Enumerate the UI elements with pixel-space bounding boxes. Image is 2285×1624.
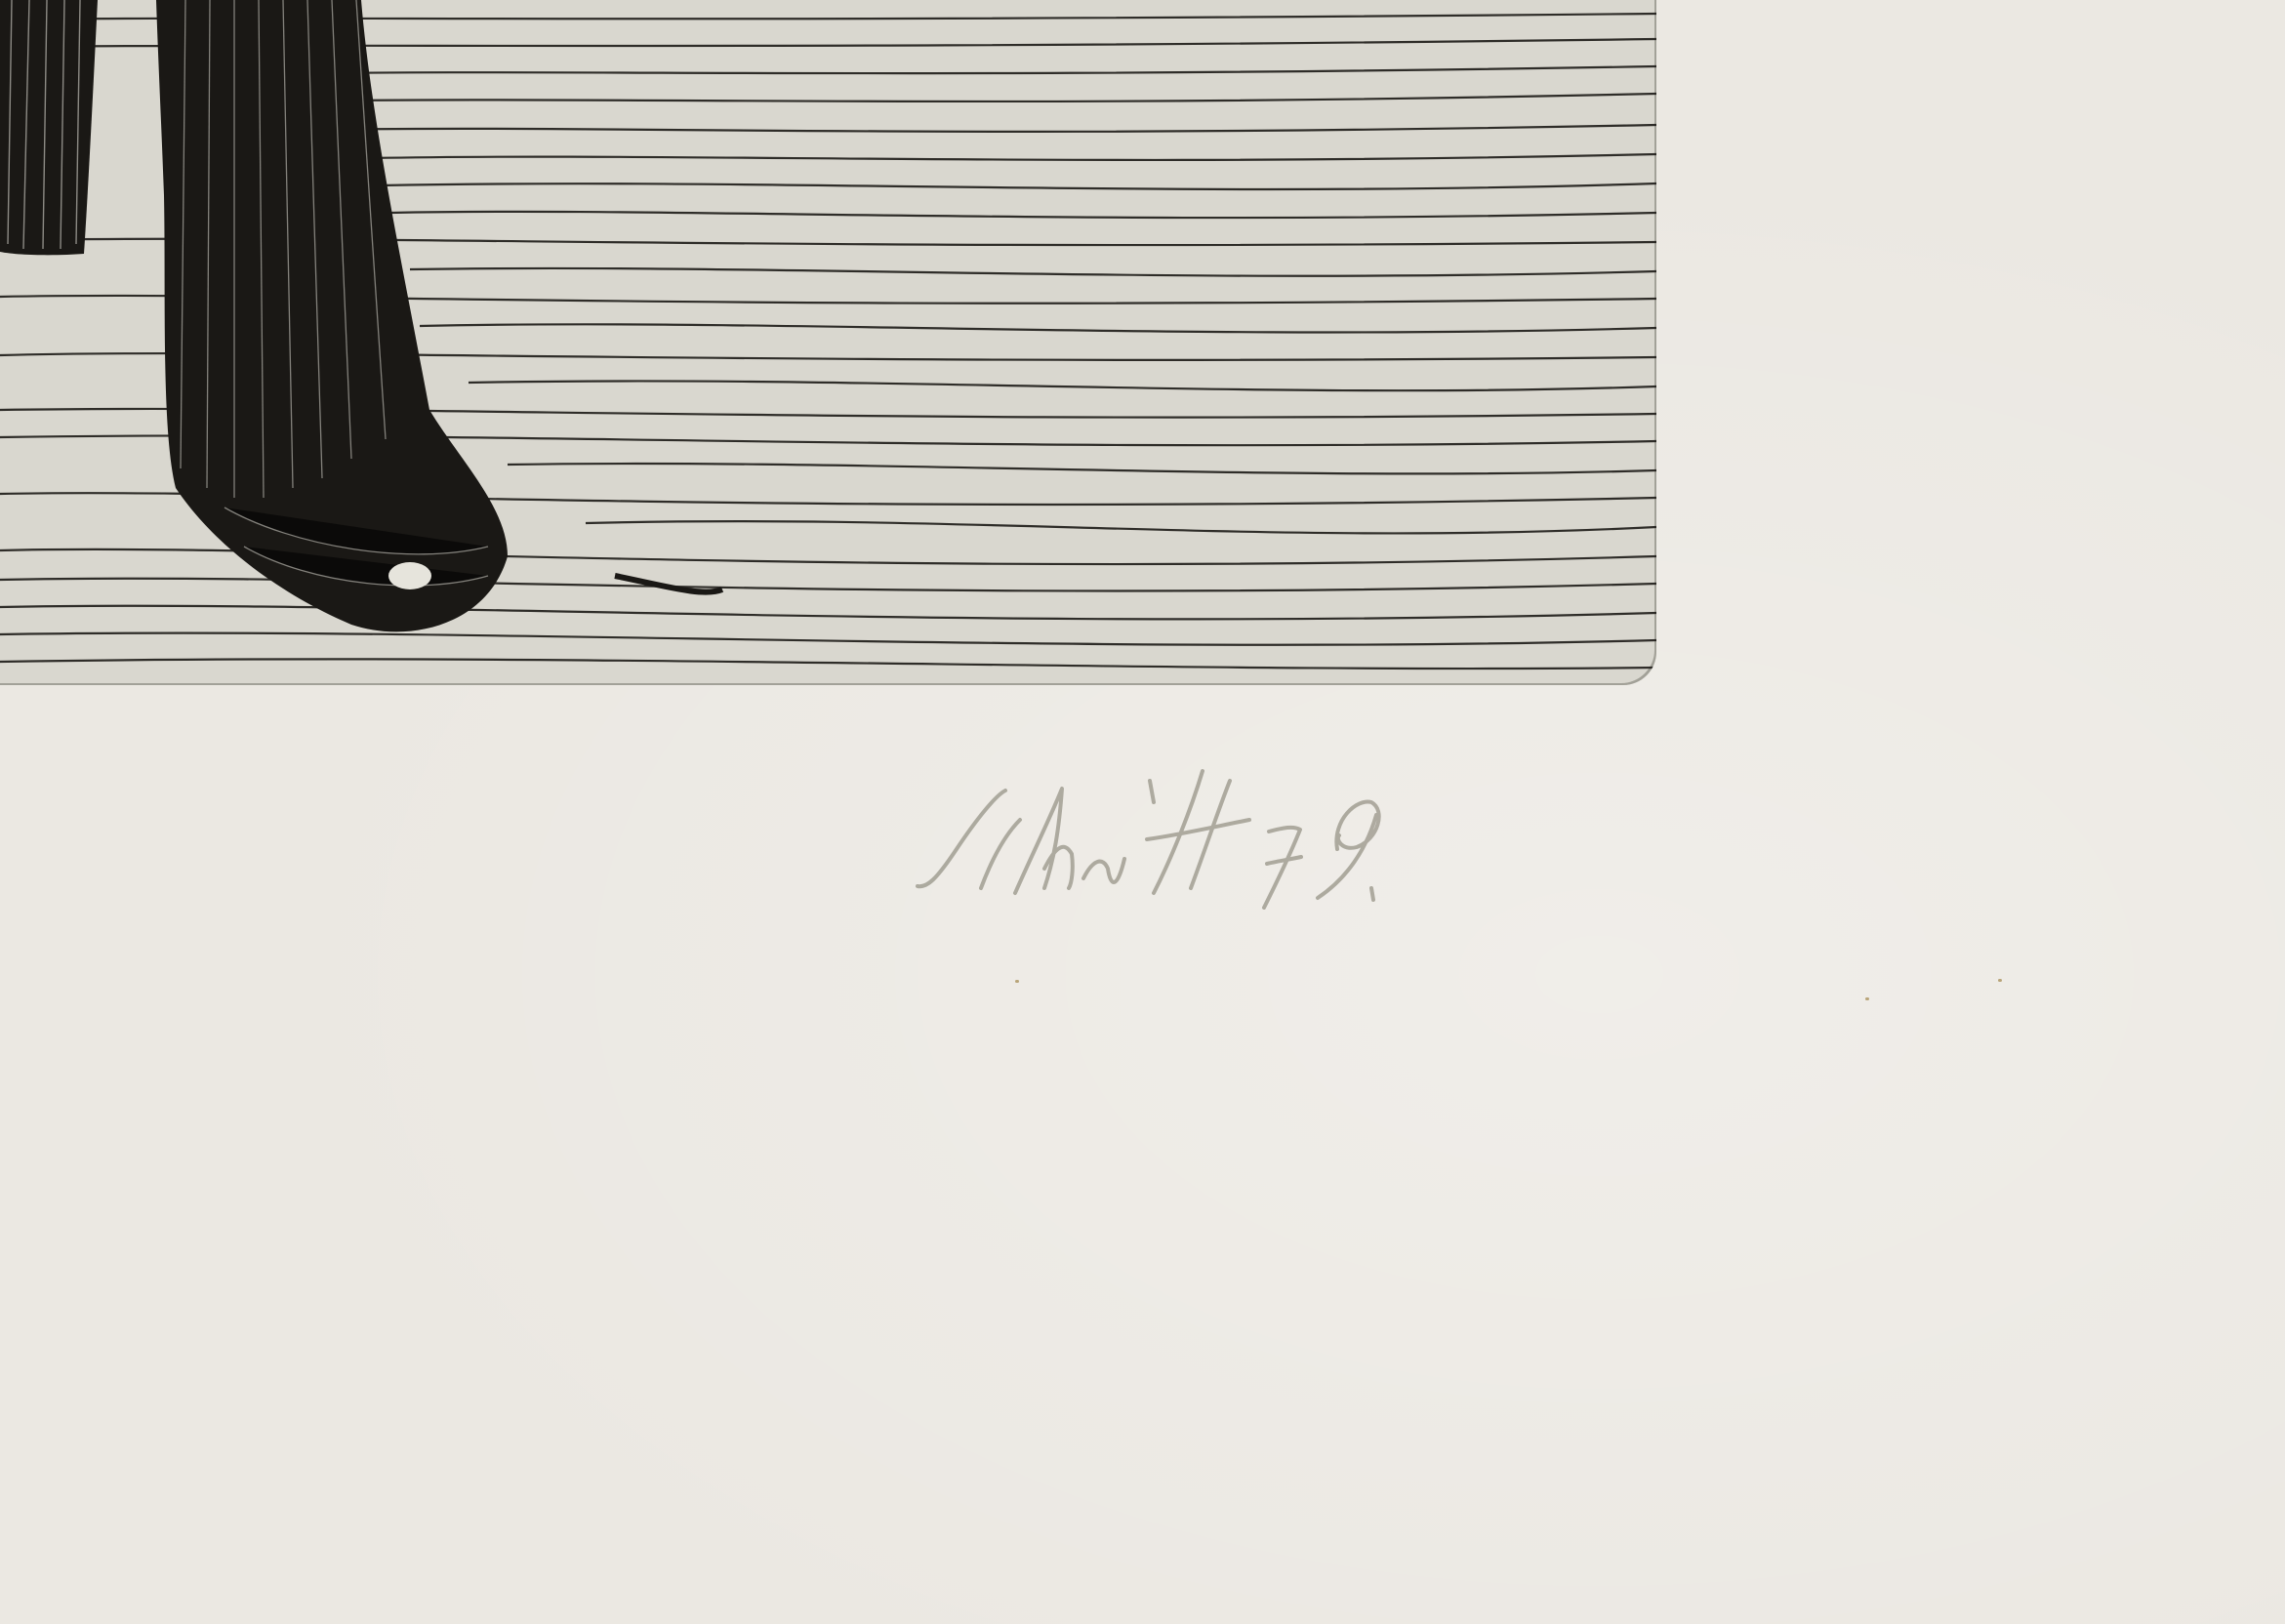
etching-plate — [0, 0, 1656, 685]
right-boot-figure — [156, 0, 508, 631]
artist-signature: Schütt 79. — [898, 742, 1601, 917]
paper-speck — [1865, 997, 1869, 1000]
left-boot-figure — [0, 0, 98, 255]
wood-grain-floor — [0, 0, 1656, 685]
paper-speck — [1015, 980, 1019, 983]
paper-speck — [1998, 979, 2002, 982]
pencil-signature-glyphs — [898, 742, 1601, 917]
